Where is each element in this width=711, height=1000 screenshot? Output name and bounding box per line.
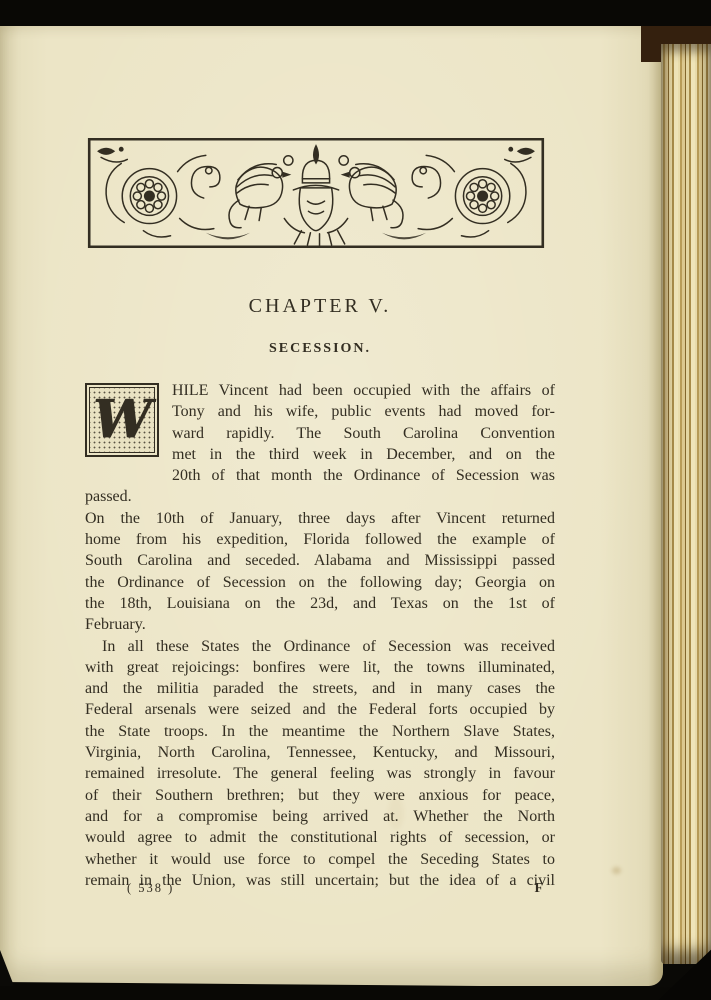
chapter-title: CHAPTER V. [85,295,555,318]
text-line: with great rejoicings: bonfires were lit… [85,657,555,678]
paper-stain [388,796,404,830]
drop-cap-initial: W [85,383,159,457]
page-number: ( 538 ) [127,881,174,897]
text-line: 20th of that month the Ordinance of Sece… [85,465,555,508]
text-line: the 18th, Louisiana on the 23d, and Texa… [85,593,555,614]
signature-mark: F [534,881,543,897]
text-line: of their Southern brethren; but they wer… [85,785,555,806]
text-line: whether it would use force to compel the… [85,849,555,870]
text-line: In all these States the Ordinance of Sec… [85,636,555,657]
text-line: On the 10th of January, three days after… [85,508,555,529]
text-line: the Ordinance of Secession on the follow… [85,572,555,593]
text-line: February. [85,614,555,635]
paragraph-1: W HILE Vincent had been occupied with th… [85,380,555,636]
ornamental-headpiece-engraving [87,137,545,249]
book-photo-stage: CHAPTER V. SECESSION. W HILE Vincent had… [0,0,711,1000]
photo-edge-top [0,0,711,26]
text-line: Federal arsenals were seized and the Fed… [85,699,555,720]
text-line: and for a compromise being arrived at. W… [85,806,555,827]
text-line: remained irresolute. The general feeling… [85,763,555,784]
book-page: CHAPTER V. SECESSION. W HILE Vincent had… [0,24,663,986]
text-line: and the militia paraded the streets, and… [85,678,555,699]
text-line: home from his expedition, Florida follow… [85,529,555,550]
text-line: Virginia, North Carolina, Tennessee, Ken… [85,742,555,763]
paragraph-2: In all these States the Ordinance of Sec… [85,636,555,892]
chapter-subtitle: SECESSION. [85,341,555,357]
book-fore-edge-pages [661,44,711,964]
body-text: W HILE Vincent had been occupied with th… [85,380,555,891]
text-line: the State troops. In the meantime the No… [85,721,555,742]
page-footer: ( 538 ) F [85,881,555,897]
text-line: South Carolina and seceded. Alabama and … [85,550,555,571]
text-line: would agree to admit the constitutional … [85,827,555,848]
paper-stain [612,867,621,874]
